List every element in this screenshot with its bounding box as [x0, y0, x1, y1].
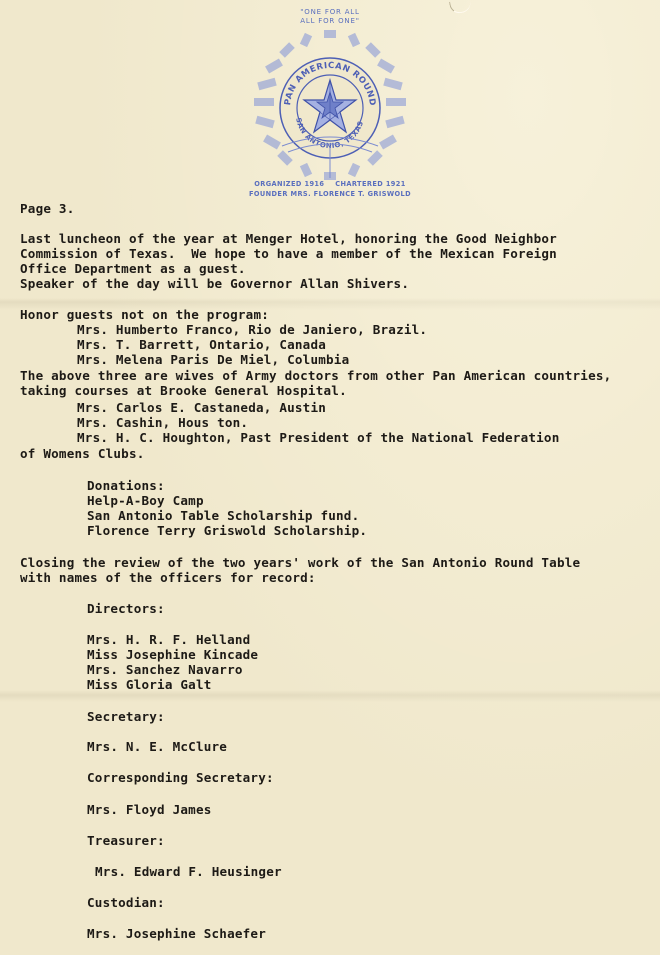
honor-guest-item: Mrs. T. Barrett, Ontario, Canada [77, 337, 326, 352]
corresponding-secretary-name: Mrs. Floyd James [87, 802, 212, 817]
wives-note-line: taking courses at Brooke General Hospita… [20, 383, 347, 398]
intro-line: Speaker of the day will be Governor Alla… [20, 276, 409, 291]
honor-guest-item: Mrs. Melena Paris De Miel, Columbia [77, 352, 349, 367]
honor-guest-item: Mrs. H. C. Houghton, Past President of t… [77, 430, 560, 445]
custodian-name: Mrs. Josephine Schaefer [87, 926, 266, 941]
donation-item: Help-A-Boy Camp [87, 493, 204, 508]
donation-item: San Antonio Table Scholarship fund. [87, 508, 359, 523]
directors-heading: Directors: [87, 601, 165, 616]
honor-guest-item: Mrs. Cashin, Hous ton. [77, 415, 248, 430]
honor-guest-item: Mrs. Humberto Franco, Rio de Janiero, Br… [77, 322, 427, 337]
secretary-name: Mrs. N. E. McClure [87, 739, 227, 754]
wives-note-line: The above three are wives of Army doctor… [20, 368, 611, 383]
director-name: Mrs. Sanchez Navarro [87, 662, 243, 677]
treasurer-name: Mrs. Edward F. Heusinger [95, 864, 282, 879]
page-number: Page 3. [20, 201, 74, 216]
organized-year: ORGANIZED 1916 [254, 180, 324, 188]
motto-line-2: ALL FOR ONE" [240, 17, 420, 26]
honor-guest-item: Mrs. Carlos E. Castaneda, Austin [77, 400, 326, 415]
pan-american-round-table-seal-icon: PAN AMERICAN ROUND TABLE SAN ANTONIO, TE… [248, 28, 412, 186]
organized-chartered-line: ORGANIZED 1916 CHARTERED 1921 [240, 180, 420, 188]
corresponding-secretary-heading: Corresponding Secretary: [87, 770, 274, 785]
letterhead: "ONE FOR ALL ALL FOR ONE" [240, 8, 420, 26]
treasurer-heading: Treasurer: [87, 833, 165, 848]
secretary-heading: Secretary: [87, 709, 165, 724]
custodian-heading: Custodian: [87, 895, 165, 910]
director-name: Miss Gloria Galt [87, 677, 212, 692]
chartered-year: CHARTERED 1921 [335, 180, 406, 188]
intro-line: Office Department as a guest. [20, 261, 246, 276]
closing-line: with names of the officers for record: [20, 570, 316, 585]
founder-line: FOUNDER MRS. FLORENCE T. GRISWOLD [240, 190, 420, 198]
donation-item: Florence Terry Griswold Scholarship. [87, 523, 367, 538]
paper-tear [449, 0, 472, 15]
motto-line-1: "ONE FOR ALL [240, 8, 420, 17]
honor-guests-heading: Honor guests not on the program: [20, 307, 269, 322]
director-name: Mrs. H. R. F. Helland [87, 632, 250, 647]
donations-heading: Donations: [87, 478, 165, 493]
intro-line: Commission of Texas. We hope to have a m… [20, 246, 557, 261]
closing-line: Closing the review of the two years' wor… [20, 555, 580, 570]
honor-guest-item-continued: of Womens Clubs. [20, 446, 145, 461]
intro-line: Last luncheon of the year at Menger Hote… [20, 231, 557, 246]
director-name: Miss Josephine Kincade [87, 647, 258, 662]
